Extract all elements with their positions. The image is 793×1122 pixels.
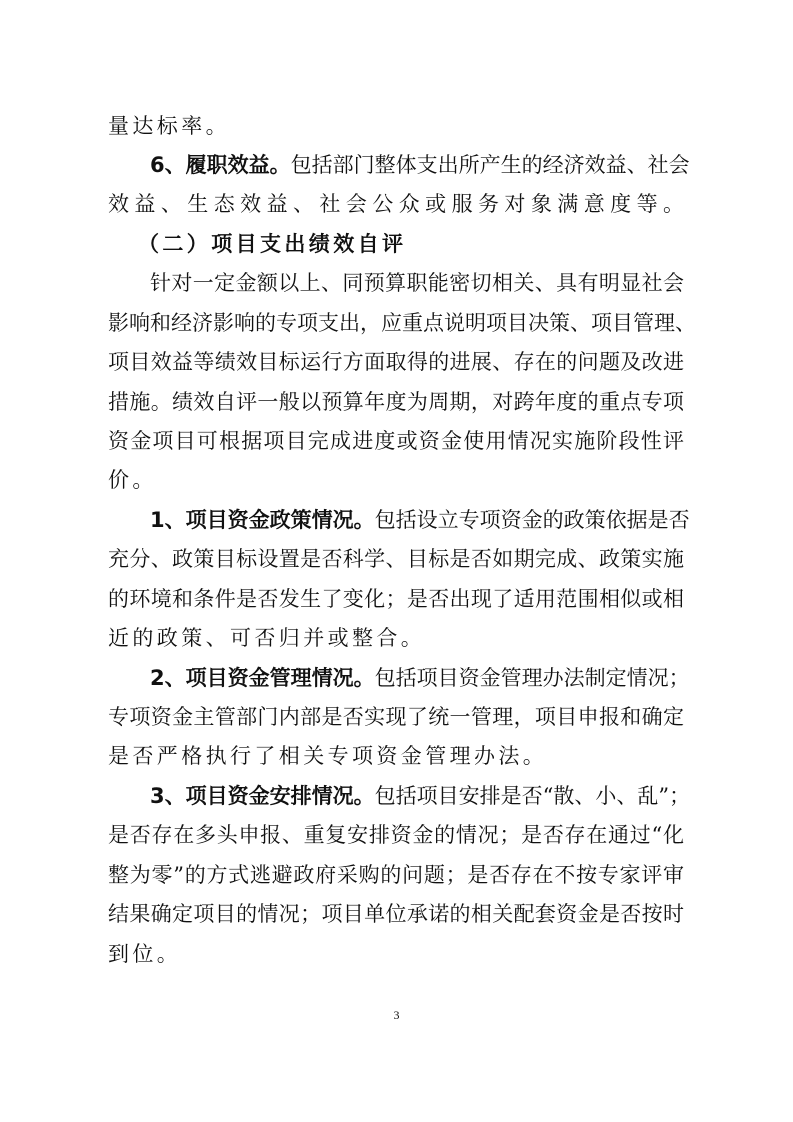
paragraph-line: 的环境和条件是否发生了变化；是否出现了适用范围相似或相	[108, 579, 684, 619]
paragraph-line: 量达标率。	[108, 106, 230, 146]
paragraph-line: 6、履职效益。包括部门整体支出所产生的经济效益、社会	[150, 145, 684, 185]
paragraph-line: 整为零”的方式逃避政府采购的问题；是否存在不按专家评审	[108, 855, 684, 895]
paragraph-line: 3、项目资金安排情况。包括项目安排是否“散、小、乱”；	[150, 776, 684, 816]
paragraph-line: 1、项目资金政策情况。包括设立专项资金的政策依据是否	[150, 500, 684, 540]
paragraph-line: 资金项目可根据项目完成进度或资金使用情况实施阶段性评	[108, 421, 684, 461]
paragraph-line: 是否存在多头申报、重复安排资金的情况；是否存在通过“化	[108, 815, 684, 855]
paragraph-line: 效益、生态效益、社会公众或服务对象满意度等。	[108, 184, 684, 224]
item-title-performance-benefit: 6、履职效益。	[150, 153, 291, 177]
paragraph-line: 2、项目资金管理情况。包括项目资金管理办法制定情况；	[150, 658, 684, 698]
paragraph-line: 项目效益等绩效目标运行方面取得的进展、存在的问题及改进	[108, 342, 684, 382]
item-title-arrangement: 3、项目资金安排情况。	[150, 784, 375, 808]
paragraph-line: 针对一定金额以上、同预算职能密切相关、具有明显社会	[150, 263, 684, 303]
section-heading: （二）项目支出绩效自评	[138, 224, 406, 264]
paragraph-line: 专项资金主管部门内部是否实现了统一管理，项目申报和确定	[108, 697, 684, 737]
paragraph-text: 包括项目安排是否“散、小、乱”；	[375, 784, 690, 808]
paragraph-line: 充分、政策目标设置是否科学、目标是否如期完成、政策实施	[108, 539, 684, 579]
paragraph-line: 措施。绩效自评一般以预算年度为周期，对跨年度的重点专项	[108, 382, 684, 422]
item-title-policy: 1、项目资金政策情况。	[150, 508, 375, 532]
paragraph-line: 结果确定项目的情况；项目单位承诺的相关配套资金是否按时	[108, 894, 684, 934]
paragraph-text: 包括部门整体支出所产生的经济效益、社会	[291, 153, 690, 177]
paragraph-line: 价。	[108, 460, 157, 500]
paragraph-line: 到位。	[108, 934, 181, 974]
item-title-management: 2、项目资金管理情况。	[150, 666, 375, 690]
paragraph-text: 包括设立专项资金的政策依据是否	[375, 508, 690, 532]
paragraph-line: 近的政策、可否归并或整合。	[108, 618, 425, 658]
paragraph-text: 包括项目资金管理办法制定情况；	[375, 666, 690, 690]
paragraph-line: 是否严格执行了相关专项资金管理办法。	[108, 736, 547, 776]
paragraph-line: 影响和经济影响的专项支出，应重点说明项目决策、项目管理、	[108, 303, 684, 343]
page-number: 3	[0, 1008, 793, 1023]
